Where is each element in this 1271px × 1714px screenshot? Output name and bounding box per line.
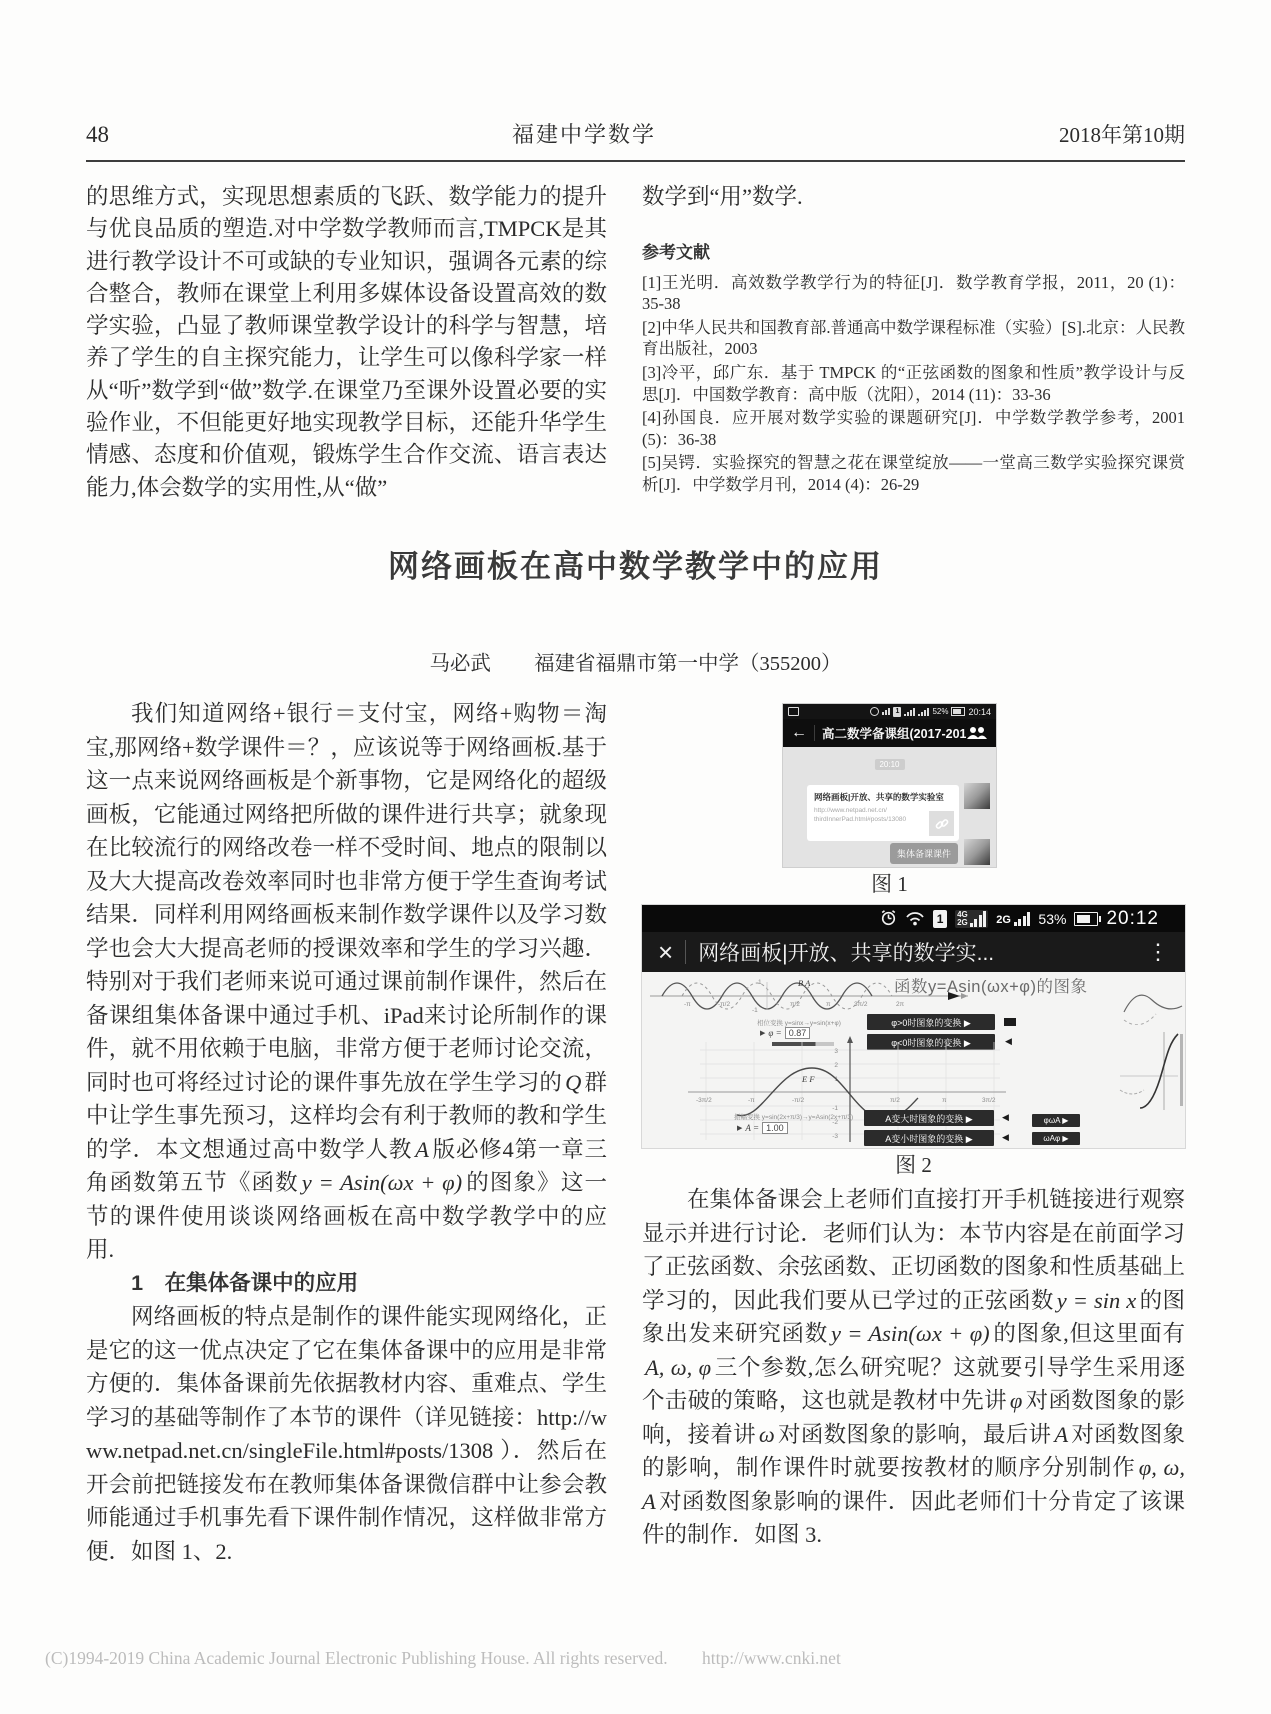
chat-timestamp: 20:10: [874, 759, 904, 770]
svg-text:-3π/2: -3π/2: [696, 1097, 712, 1104]
figure1-nav-bar: ← 高二数学备课组(2017-2018)(8): [783, 719, 996, 747]
battery-percent: 52%: [932, 707, 948, 716]
journal-page: 48 福建中学数学 2018年第10期 的思维方式，实现思想素质的飞跃、数学能力…: [0, 0, 1271, 1714]
signal2-icon: [918, 708, 929, 716]
svg-text:2π: 2π: [896, 1001, 905, 1008]
a-value: 1.00: [762, 1122, 788, 1134]
webview-title: 网络画板|开放、共享的数学实...: [698, 937, 1147, 967]
status-time: 20:14: [968, 707, 991, 717]
battery-percent: 53%: [1038, 911, 1066, 927]
page-number: 48: [86, 122, 109, 148]
issue-label: 2018年第10期: [1059, 119, 1185, 149]
figure1-status-bar: 1 52% 20:14: [783, 704, 996, 719]
reference-item: [5]吴锷．实验探究的智慧之花在课堂绽放——一堂高三数学实验探究课赏析[J]．中…: [642, 452, 1185, 495]
prev-article-continuation: 数学到“用”数学.: [642, 181, 1185, 213]
copyright-text: (C)1994-2019 China Academic Journal Elec…: [45, 1648, 668, 1668]
article-right-column: 1 52% 20:14 ← 高二数学备课组(2017-2018)(8): [642, 697, 1185, 1552]
dual-signal-icon: 4G2G: [955, 910, 988, 928]
author-name: 马必武: [429, 653, 491, 675]
alarm-icon: [870, 707, 879, 716]
link-icon: [929, 811, 954, 836]
divider: [814, 725, 815, 741]
article-byline: 马必武 福建省福鼎市第一中学（355200）: [0, 646, 1271, 676]
svg-text:1: 1: [758, 979, 762, 986]
status-time: 20:12: [1106, 908, 1159, 930]
svg-text:3π/2: 3π/2: [982, 1097, 996, 1104]
figure-2-caption: 图 2: [642, 1150, 1185, 1180]
figure-1: 1 52% 20:14 ← 高二数学备课组(2017-2018)(8): [783, 704, 996, 899]
figure1-chat-area: 20:10 网络画板|开放、共享的数学实验室 http://www.netpad…: [783, 747, 996, 867]
figure-1-phone-screenshot: 1 52% 20:14 ← 高二数学备课组(2017-2018)(8): [783, 704, 996, 867]
svg-text:-1: -1: [752, 1007, 758, 1014]
figure2-board-area: 函数y=Asin(ωx+φ)的图象 1 -1 -π -π/2 π/2 π: [642, 972, 1185, 1148]
svg-text:-π/2: -π/2: [718, 1001, 730, 1008]
transform-note-2: 振幅变换 y=sin(2x+π/3)→y=Asin(2x+π/3): [734, 1112, 853, 1121]
back-arrow-icon: ←: [791, 725, 807, 741]
copyright-footer: (C)1994-2019 China Academic Journal Elec…: [45, 1648, 841, 1669]
figure2-status-bar: 1 4G2G 2G 53% 20:12: [642, 905, 1185, 932]
journal-title: 福建中学数学: [109, 118, 1059, 149]
page-header: 48 福建中学数学 2018年第10期: [86, 118, 1185, 149]
prev-article-right-column: 数学到“用”数学. 参考文献 [1]王光明．高效数学教学行为的特征[J]．数学教…: [642, 181, 1185, 496]
section1-paragraph: 网络画板的特点是制作的课件能实现网络化，正是它的这一优点决定了它在集体备课中的应…: [86, 1300, 607, 1568]
close-icon: ×: [658, 939, 673, 965]
cnki-url: http://www.cnki.net: [702, 1648, 841, 1668]
reverse-icon: ◀: [1002, 1113, 1009, 1122]
group-members-icon: [966, 716, 988, 750]
sent-message-bubble: 集体备课课件: [890, 843, 958, 864]
svg-text:2: 2: [834, 1062, 838, 1069]
battery-icon: [1074, 912, 1098, 926]
signal-icon: 2G: [996, 912, 1030, 926]
reference-item: [1]王光明．高效数学教学行为的特征[J]．数学教育学报，2011，20 (1)…: [642, 272, 1185, 315]
transform-note-1: 相位变换 y=sinx→y=sin(x+φ): [757, 1018, 841, 1027]
discussion-paragraph: 在集体备课会上老师们直接打开手机链接进行观察显示并进行讨论．老师们认为：本节内容…: [642, 1183, 1185, 1552]
divider: [685, 940, 686, 964]
curve-fragment-top-right: [1122, 980, 1185, 1025]
reference-item: [2]中华人民共和国教育部.普通高中数学课程标准（实验）[S].北京：人民教育出…: [642, 317, 1185, 360]
chat-group-title: 高二数学备课组(2017-2018)(8): [822, 724, 966, 742]
formula: y = Asin(ωx + φ): [302, 1170, 462, 1195]
sim-icon: 1: [893, 707, 901, 717]
intro-paragraph: 我们知道网络+银行＝支付宝，网络+购物＝淘宝,那网络+数学课件＝？，应该说等于网…: [86, 697, 607, 1267]
svg-text:3π/2: 3π/2: [854, 1001, 868, 1008]
sim-icon: 1: [933, 910, 947, 928]
figure-1-caption: 图 1: [783, 869, 996, 899]
signal-icon: [904, 708, 915, 716]
svg-text:π: π: [826, 1001, 831, 1008]
point-labels: E F: [801, 1074, 815, 1084]
point-labels: B A: [798, 978, 811, 988]
references-heading: 参考文献: [642, 237, 1185, 269]
link-card: 网络画板|开放、共享的数学实验室 http://www.netpad.net.c…: [807, 785, 959, 841]
references-list: [1]王光明．高效数学教学行为的特征[J]．数学教育学报，2011，20 (1)…: [642, 272, 1185, 496]
reference-item: [4]孙国良．应开展对数学实验的课题研究[J]．中学数学教学参考，2001 (5…: [642, 407, 1185, 450]
svg-text:π/2: π/2: [790, 1001, 800, 1008]
svg-text:π/2: π/2: [890, 1097, 900, 1104]
svg-text:-1: -1: [832, 1105, 838, 1112]
phi-positive-button: φ>0时图象的变换 ▶: [867, 1014, 995, 1030]
author-affiliation: 福建省福鼎市第一中学（355200）: [534, 653, 842, 675]
prev-article-left-column: 的思维方式，实现思想素质的飞跃、数学能力的提升与优良品质的塑造.对中学数学教师而…: [86, 181, 607, 504]
figure-2-phone-screenshot: 1 4G2G 2G 53% 20:12 × 网络画板: [642, 905, 1185, 1148]
section-heading-1: 1 在集体备课中的应用: [86, 1267, 607, 1301]
curve-fragment-right: [1112, 1030, 1182, 1112]
avatar: [964, 839, 990, 865]
article-title: 网络画板在高中数学教学中的应用: [0, 541, 1271, 586]
reverse-icon: ◀: [1002, 1133, 1009, 1142]
prev-article-paragraph: 的思维方式，实现思想素质的飞跃、数学能力的提升与优良品质的塑造.对中学数学教师而…: [86, 181, 607, 504]
a-increase-button: A变大时图象的变换 ▶: [864, 1110, 994, 1126]
header-rule: [86, 160, 1185, 162]
svg-text:-π: -π: [684, 1001, 691, 1008]
menu-dots-icon: ⋮: [1147, 939, 1169, 965]
play-icon: ▶: [737, 1124, 742, 1132]
article-left-column: 我们知道网络+银行＝支付宝，网络+购物＝淘宝,那网络+数学课件＝？，应该说等于网…: [86, 697, 607, 1568]
link-card-url: http://www.netpad.net.cn/ thirdInnerPad.…: [814, 807, 918, 824]
wifi-icon: [905, 902, 925, 936]
svg-text:3: 3: [834, 1048, 838, 1055]
svg-text:-π/2: -π/2: [792, 1097, 804, 1104]
svg-text:π: π: [942, 1097, 947, 1104]
wifi-icon: [882, 708, 890, 715]
message-icon: [788, 707, 799, 716]
link-card-title: 网络画板|开放、共享的数学实验室: [814, 791, 952, 803]
scrollbar: [1180, 1034, 1183, 1106]
formula: y = Asin(ωx + φ): [831, 1321, 990, 1346]
a-slider: ▶ A = 1.00: [737, 1122, 788, 1134]
alarm-icon: [880, 902, 897, 936]
formula: y = sin x: [1057, 1288, 1136, 1313]
svg-text:-3: -3: [832, 1133, 838, 1140]
avatar: [964, 783, 990, 809]
sequence-button-2: ωAφ ▶: [1032, 1132, 1080, 1145]
svg-text:-π: -π: [748, 1097, 755, 1104]
figure-2: 1 4G2G 2G 53% 20:12 × 网络画板: [642, 905, 1185, 1180]
figure2-nav-bar: × 网络画板|开放、共享的数学实... ⋮: [642, 932, 1185, 972]
sine-graph-top: 1 -1 -π -π/2 π/2 π 3π/2 2π B A: [648, 974, 978, 1018]
pause-icon: [1004, 1018, 1016, 1026]
reference-item: [3]冷平，邱广东．基于 TMPCK 的“正弦函数的图象和性质”教学设计与反思[…: [642, 362, 1185, 405]
battery-icon: [951, 707, 965, 716]
a-decrease-button: A变小时图象的变换 ▶: [864, 1130, 994, 1146]
sequence-button-1: φωA ▶: [1032, 1114, 1080, 1127]
